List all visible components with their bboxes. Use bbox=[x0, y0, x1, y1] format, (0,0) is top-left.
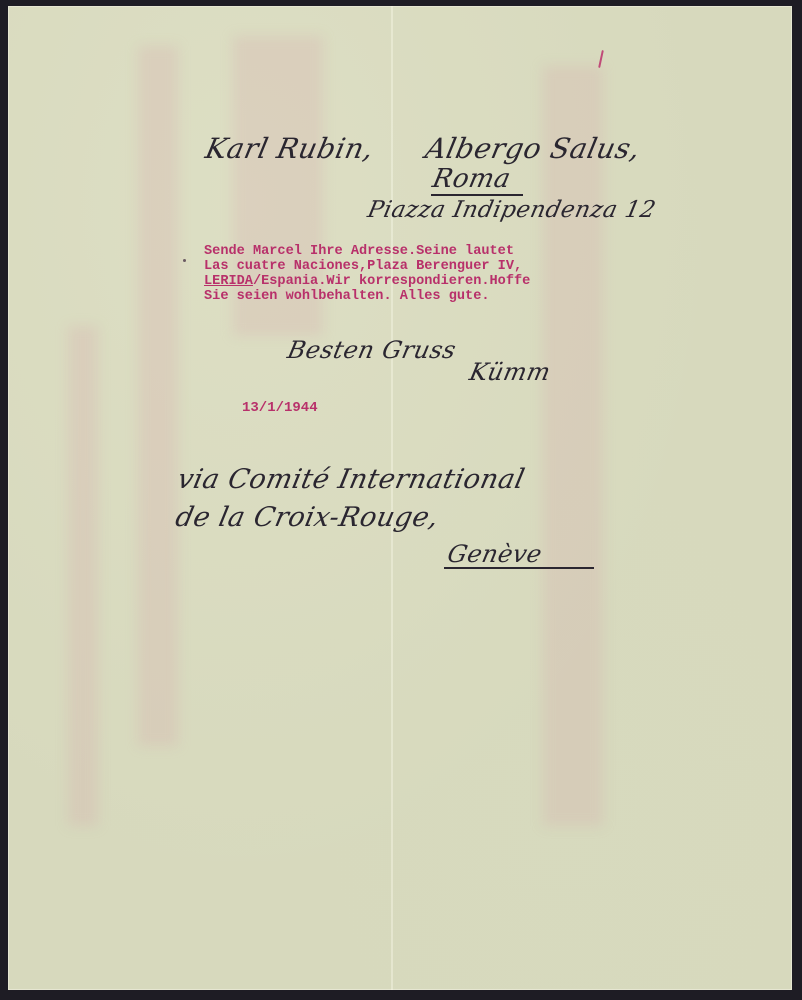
bullet-dot bbox=[183, 259, 186, 262]
show-through-band bbox=[543, 66, 603, 826]
letter-page: Karl Rubin, Albergo Salus, Roma Piazza I… bbox=[8, 6, 792, 990]
via-line-3: Genève bbox=[445, 540, 545, 568]
via-line-1: via Comité International bbox=[175, 464, 528, 495]
geneve-underline bbox=[444, 567, 594, 569]
recipient-city: Roma bbox=[430, 164, 514, 194]
recipient-street: Piazza Indipendenza 12 bbox=[365, 197, 658, 223]
closing-greeting: Besten Gruss bbox=[285, 336, 459, 364]
typed-line-1: Sende Marcel Ihre Adresse.Seine lautet bbox=[204, 244, 514, 259]
city-underline bbox=[431, 194, 523, 196]
show-through-band bbox=[138, 46, 178, 746]
show-through-band bbox=[68, 326, 98, 826]
letter-date: 13/1/1944 bbox=[242, 401, 318, 416]
typed-line-3-rest: /Espania.Wir korrespondieren.Hoffe bbox=[253, 274, 530, 289]
signature: Kümm bbox=[467, 358, 553, 386]
typed-underlined-word: LERIDA bbox=[204, 274, 253, 289]
recipient-name: Karl Rubin, bbox=[202, 132, 376, 165]
typed-line-4: Sie seien wohlbehalten. Alles gute. bbox=[204, 289, 490, 304]
typed-line-2: Las cuatre Naciones,Plaza Berenguer IV, bbox=[204, 259, 522, 274]
fold-line bbox=[391, 6, 393, 990]
recipient-hotel: Albergo Salus, bbox=[422, 132, 643, 165]
via-line-2: de la Croix-Rouge, bbox=[173, 502, 442, 533]
typed-message: Sende Marcel Ihre Adresse.Seine lautet L… bbox=[204, 244, 530, 304]
